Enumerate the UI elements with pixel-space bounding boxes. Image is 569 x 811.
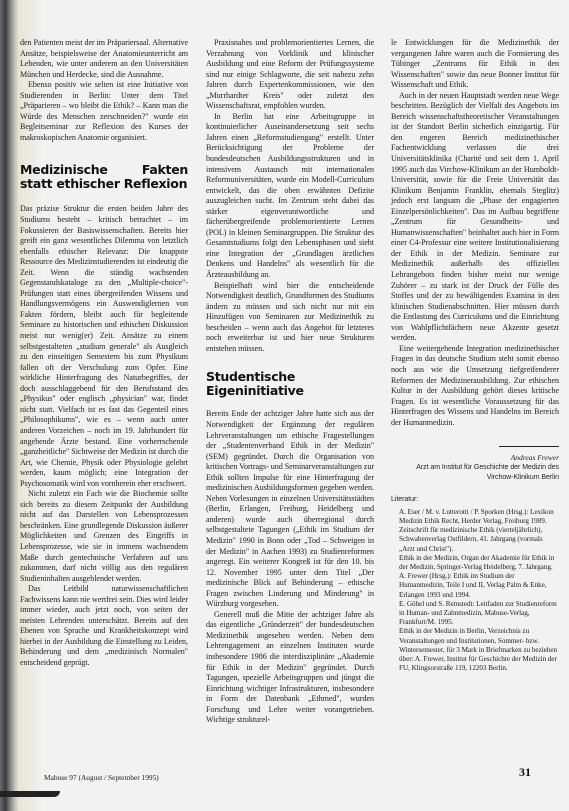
author-name: Andreas Frewer: [391, 453, 559, 463]
literature-heading: Literatur:: [391, 495, 559, 506]
literature-item: A. Eser / M. v. Lutterotti / P. Sporken …: [391, 508, 559, 526]
paragraph: Generell muß die Mitte der achtziger Jah…: [206, 610, 374, 726]
literature-item: Zeitschrift für medizinische Ethik (vier…: [391, 526, 559, 554]
author-affiliation: Virchow-Klinikum Berlin: [391, 473, 559, 483]
column-1: den Patienten meist der im Präpariersaal…: [20, 38, 188, 669]
author-role: Arzt am Institut für Geschichte der Medi…: [391, 463, 559, 473]
page-number: 31: [519, 765, 531, 780]
section-heading-fakten: Medizinische Fakten statt ethischer Refl…: [20, 163, 188, 191]
paragraph: le Entwicklungen für die Medizinethik de…: [391, 38, 559, 91]
literature-item: Ethik in der Medizin in Berlin, Verzeich…: [391, 627, 559, 673]
paragraph: Das präzise Struktur die ersten beiden J…: [20, 204, 188, 489]
footer-source: Mabuse 97 (August / September 1995): [44, 773, 159, 782]
paragraph: Ebenso positiv wie selten ist eine Initi…: [20, 80, 188, 143]
signature-rule: [499, 446, 559, 447]
page-curl: [0, 791, 60, 797]
paragraph: den Patienten meist der im Präpariersaal…: [20, 38, 188, 80]
literature-item: A. Frewer (Hrsg.): Ethik im Studium der …: [391, 572, 559, 600]
paragraph: Praxisnahes und problemorientiertes Lern…: [206, 38, 374, 112]
section-heading-eigeninitiative: Studentische Eigeninitiative: [206, 370, 374, 398]
column-3: le Entwicklungen für die Medizinethik de…: [391, 38, 559, 673]
paragraph: Bereits Ende der achtziger Jahre hatte s…: [206, 409, 374, 609]
literature-item: E. Göbel und S. Remstedt: Leitfaden zur …: [391, 600, 559, 628]
paragraph: Das Leitbild naturwissenschaftlichen Fac…: [20, 584, 188, 668]
paragraph: Auch in der neuen Hauptstadt werden neue…: [391, 91, 559, 344]
paragraph: In Berlin hat eine Arbeitsgruppe in kont…: [206, 112, 374, 281]
paragraph: Beispielhaft wird hier die entscheidende…: [206, 281, 374, 355]
column-2: Praxisnahes und problemorientiertes Lern…: [206, 38, 374, 726]
paragraph: Nicht zuletzt ein Fach wie die Biochemie…: [20, 489, 188, 584]
paragraph: Eine weitergehende Integration medizinet…: [391, 344, 559, 428]
literature-item: Ethik in der Medizin, Organ der Akademie…: [391, 554, 559, 572]
